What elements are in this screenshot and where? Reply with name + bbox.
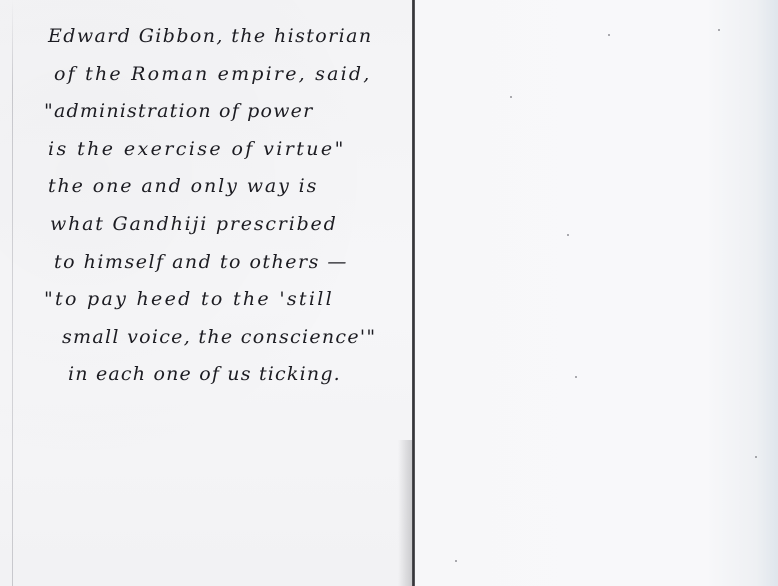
text-line: Edward Gibbon, the historian — [44, 18, 404, 56]
text-line: "administration of power — [44, 93, 404, 131]
text-line: small voice, the conscience'" — [44, 319, 404, 357]
scan-speck — [575, 376, 577, 378]
scan-speck — [755, 456, 757, 458]
scan-speck — [510, 96, 512, 98]
left-page: Edward Gibbon, the historian of the Roma… — [0, 0, 412, 586]
text-line: in each one of us ticking. — [44, 356, 404, 394]
text-line: "to pay heed to the 'still — [44, 281, 404, 319]
scan-speck — [567, 234, 569, 236]
text-line: to himself and to others — — [44, 244, 404, 282]
fold-shadow — [398, 440, 412, 586]
text-line: of the Roman empire, said, — [44, 56, 404, 94]
text-line: what Gandhiji prescribed — [44, 206, 404, 244]
margin-line — [12, 0, 13, 586]
scan-speck — [455, 560, 457, 562]
text-line: is the exercise of virtue" — [44, 131, 404, 169]
right-page-blank — [415, 0, 778, 586]
handwritten-text: Edward Gibbon, the historian of the Roma… — [44, 18, 404, 394]
text-line: the one and only way is — [44, 168, 404, 206]
scan-speck — [718, 29, 720, 31]
scan-speck — [608, 34, 610, 36]
scanned-document-spread: Edward Gibbon, the historian of the Roma… — [0, 0, 778, 586]
